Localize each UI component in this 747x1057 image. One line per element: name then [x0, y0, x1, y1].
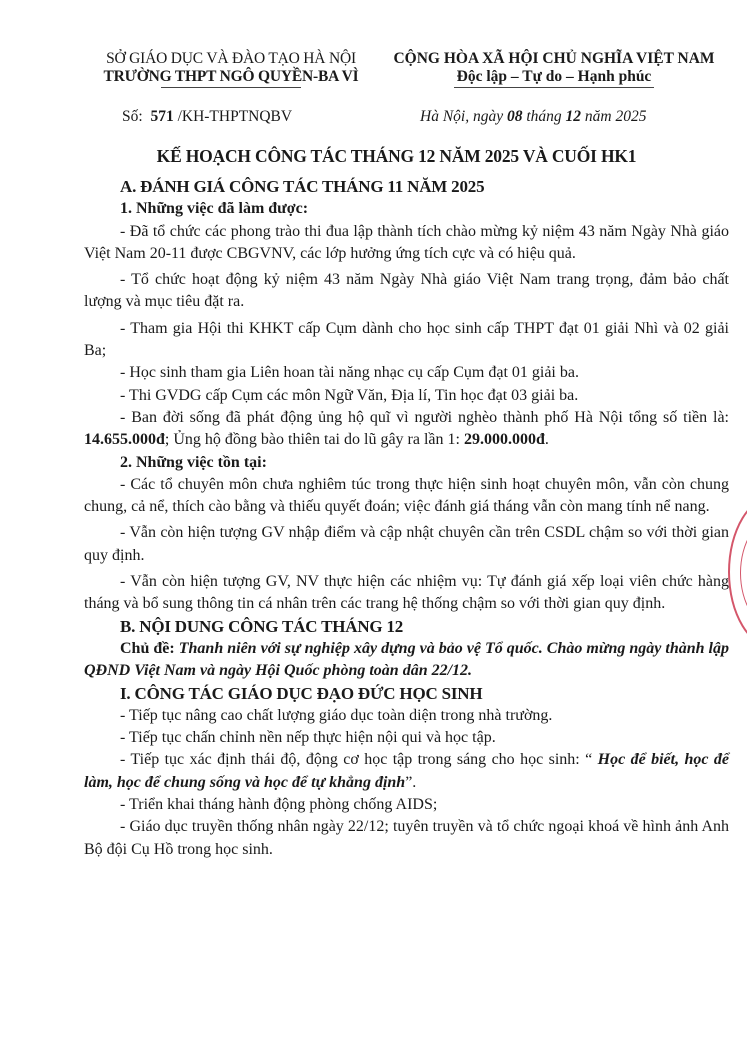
theme-label: Chủ đề: [120, 640, 175, 657]
motto-underline [454, 87, 654, 88]
header-right: CỘNG HÒA XÃ HỘI CHỦ NGHĨA VIỆT NAM Độc l… [378, 50, 730, 88]
list-item: - Tiếp tục chấn chỉnh nền nếp thực hiện … [84, 727, 729, 749]
section-b-heading: B. NỘI DUNG CÔNG TÁC THÁNG 12 [84, 616, 729, 638]
department-name: SỞ GIÁO DỤC VÀ ĐÀO TẠO HÀ NỘI [86, 50, 376, 68]
seal-arc-text: GIÁO DỤC VÀ Đ [732, 495, 747, 510]
doc-number-value: 571 [150, 108, 173, 125]
list-item: - Tổ chức hoạt động kỷ niệm 43 năm Ngày … [84, 269, 729, 314]
list-item: - Giáo dục truyền thống nhân ngày 22/12;… [84, 816, 729, 861]
document-page: SỞ GIÁO DỤC VÀ ĐÀO TẠO HÀ NỘI TRƯỜNG THP… [0, 0, 747, 1057]
list-item: - Đã tổ chức các phong trào thi đua lập … [84, 221, 729, 266]
date-day: 08 [507, 108, 523, 125]
document-date: Hà Nội, ngày 08 tháng 12 năm 2025 [420, 108, 646, 126]
list-item: - Vẫn còn hiện tượng GV, NV thực hiện cá… [84, 571, 729, 616]
fund-item: - Ban đời sống đã phát động ủng hộ quĩ v… [84, 407, 729, 452]
national-motto: Độc lập – Tự do – Hạnh phúc [378, 68, 730, 86]
official-seal-stamp: GIÁO DỤC VÀ Đ T P N [728, 495, 747, 649]
quote-item: - Tiếp tục xác định thái độ, động cơ học… [84, 749, 729, 794]
theme-text: Thanh niên với sự nghiệp xây dựng và bảo… [84, 640, 729, 679]
header-left: SỞ GIÁO DỤC VÀ ĐÀO TẠO HÀ NỘI TRƯỜNG THP… [86, 50, 376, 88]
section-a-sub1-heading: 1. Những việc đã làm được: [84, 198, 729, 220]
section-a-sub2-heading: 2. Những việc tồn tại: [84, 452, 729, 474]
date-month: 12 [566, 108, 582, 125]
document-title: KẾ HOẠCH CÔNG TÁC THÁNG 12 NĂM 2025 VÀ C… [0, 146, 747, 167]
fund-amount-poor: 14.655.000đ [84, 431, 165, 448]
fund-amount-disaster: 29.000.000đ [464, 431, 545, 448]
list-item: - Tham gia Hội thi KHKT cấp Cụm dành cho… [84, 318, 729, 363]
list-item: - Thi GVDG cấp Cụm các môn Ngữ Văn, Địa … [84, 385, 729, 407]
list-item: - Vẫn còn hiện tượng GV nhập điểm và cập… [84, 522, 729, 567]
list-item: - Tiếp tục nâng cao chất lượng giáo dục … [84, 705, 729, 727]
country-name: CỘNG HÒA XÃ HỘI CHỦ NGHĨA VIỆT NAM [378, 50, 730, 68]
part1-heading: I. CÔNG TÁC GIÁO DỤC ĐẠO ĐỨC HỌC SINH [84, 683, 729, 705]
list-item: - Học sinh tham gia Liên hoan tài năng n… [84, 362, 729, 384]
list-item: - Triển khai tháng hành động phòng chống… [84, 794, 729, 816]
document-body: A. ĐÁNH GIÁ CÔNG TÁC THÁNG 11 NĂM 2025 1… [84, 176, 729, 861]
list-item: - Các tổ chuyên môn chưa nghiêm túc tron… [84, 474, 729, 519]
theme-paragraph: Chủ đề: Thanh niên với sự nghiệp xây dựn… [84, 638, 729, 683]
seal-inner-ring [740, 517, 747, 629]
school-name: TRƯỜNG THPT NGÔ QUYỀN-BA VÌ [86, 68, 376, 86]
document-number: Số: 571 /KH-THPTNQBV [122, 108, 292, 126]
school-underline [161, 87, 301, 88]
section-a-heading: A. ĐÁNH GIÁ CÔNG TÁC THÁNG 11 NĂM 2025 [84, 176, 729, 198]
